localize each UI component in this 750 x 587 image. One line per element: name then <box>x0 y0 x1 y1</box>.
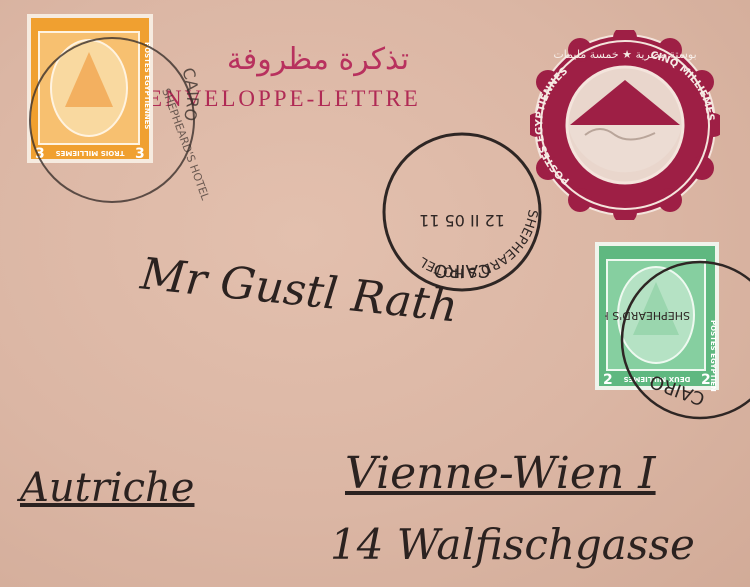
indicium-arabic: بوستة مصرية ★ خمسة مليمات <box>553 48 696 61</box>
postmark-center: SHEPHEARD'S HOTEL 12 II 05 11 CAIRO <box>375 125 550 300</box>
address-line-street: 14 Walfischgasse <box>330 520 695 569</box>
postmark-left: CAIRO SHEPHEARD'S HOTEL <box>12 30 212 210</box>
postmark-center-city: CAIRO <box>434 260 491 281</box>
postmark-right: CAIRO SHEPHEARD'S HOTEL <box>605 250 750 430</box>
postmark-center-date: 12 II 05 11 <box>419 211 505 230</box>
address-line-city: Vienne-Wien I <box>345 448 656 499</box>
envelope: تذكرة مظروفة ENVELOPPE-LETTRE POSTES EGY… <box>0 0 750 587</box>
arabic-title: تذكرة مظروفة <box>218 42 418 77</box>
indicium-stamp: POSTES EGYPTIENNES CINQ MILLIEMES بوستة … <box>530 30 720 220</box>
postmark-right-office: SHEPHEARD'S HOTEL <box>605 309 690 322</box>
address-line-country: Autriche <box>20 465 194 511</box>
